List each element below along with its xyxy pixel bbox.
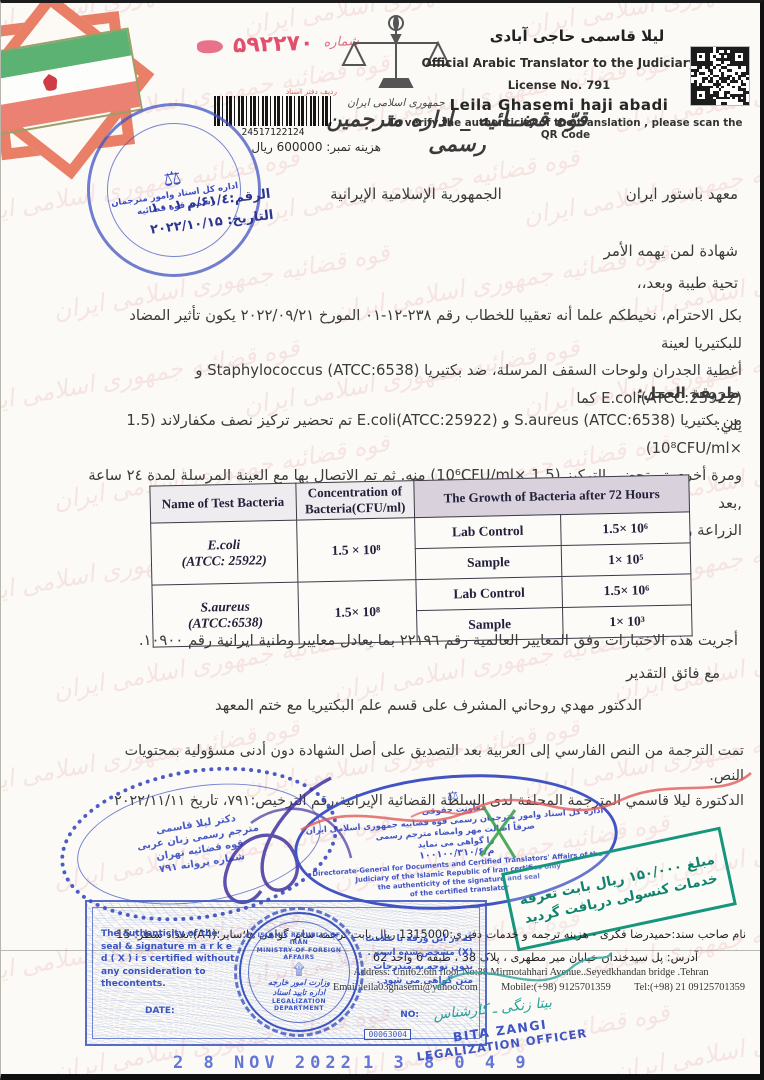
col-header-name: Name of Test Bacteria [150, 483, 296, 523]
growth-value: 1.5× 10⁶ [561, 574, 691, 608]
legalization-date-stamp: 2 8 NOV 2022 [173, 1053, 356, 1073]
red-ink-blob [197, 40, 223, 54]
letter-greeting: تحية طيبة وبعد،، [637, 274, 738, 292]
mfa-date-label: DATE: [145, 1006, 175, 1016]
translator-title: Official Arabic Translator to the Judici… [409, 56, 709, 70]
col-header-growth: The Growth of Bacteria after 72 Hours [414, 475, 690, 518]
body-line-1: بكل الاحترام، نحيطكم علما أنه تعقيبا للخ… [90, 302, 742, 357]
qr-verify-note: To verify the authenticity of the transl… [383, 117, 748, 141]
growth-value: 1.5× 10⁶ [560, 512, 690, 546]
round-stamp-center: ⚖ اداره كل اسناد وامور مترجمان رسمى قوه … [98, 114, 249, 265]
serial-number: ۵۹۲۲۷۰ [233, 31, 314, 59]
document-page: قوه قضائیه جمهوری اسلامی ایرانقوه قضائیه… [0, 0, 764, 1080]
mfa-fa-line: بدون توجه به مندرجات [355, 960, 473, 974]
mfa-round-seal: ISLAMIC REPUBLIC OF IRAN MINISTRY OF FOR… [239, 912, 359, 1032]
growth-label: Lab Control [416, 577, 562, 611]
seal-ring-mid: MINISTRY OF FOREIGN AFFAIRS [249, 947, 349, 961]
results-table: Name of Test Bacteria Concentration of B… [149, 474, 692, 647]
mfa-seal-center: ISLAMIC REPUBLIC OF IRAN MINISTRY OF FOR… [248, 921, 350, 1023]
mfa-persian-text: که در این ورقه با علامت (X) مشخص شده است… [355, 932, 473, 988]
translator-license: License No. 791 [409, 78, 709, 92]
country-name: الجمهورية الإسلامية الإيرانية [291, 185, 541, 203]
growth-label: Sample [415, 546, 561, 580]
translator-name-fa: ليلا قاسمى حاجى آبادى [471, 27, 683, 45]
mfa-english-text: The authenticity of the seal & signature… [101, 928, 237, 991]
scales-icon: ⚖ [162, 167, 183, 189]
col-header-concentration: Concentration of Bacteria(CFU/ml) [295, 481, 414, 520]
signatory-line: الدكتور مهدي روحاني المشرف على قسم علم ا… [215, 697, 642, 714]
seal-ring-top: ISLAMIC REPUBLIC OF IRAN [249, 932, 349, 946]
bacteria-atcc: (ATCC:6538) [157, 613, 294, 632]
letter-subject: شهادة لمن يهمه الأمر [604, 242, 738, 260]
iran-emblem-icon: ۩ [293, 962, 304, 977]
method-line-1: من بكتيريا S.aureus (ATCC:6538) و E.coli… [86, 407, 742, 462]
barcode-red-note: ردیف دفتر اسناد [217, 87, 337, 96]
qr-code [690, 46, 750, 106]
mfa-fa-line: که در این ورقه با علامت [355, 932, 473, 946]
mfa-fa-line: (X) مشخص شده است . [355, 946, 473, 960]
seal-fa-1: وزارت امور خارجه [268, 978, 330, 987]
bacteria-atcc: (ATCC: 25922) [156, 551, 293, 570]
mfa-no-label: NO: [400, 1010, 419, 1020]
barcode [214, 96, 332, 126]
growth-value: 1× 10⁵ [561, 543, 691, 577]
scales-icon: ⚖ [447, 789, 460, 803]
tel-text: Tel:(+98) 21 09125701359 [634, 982, 745, 993]
mfa-legalization-stamp: The authenticity of the seal & signature… [85, 900, 487, 1046]
bacteria-ecoli: E.coli (ATCC: 25922) [151, 520, 298, 585]
mobile-text: Mobile:(+98) 9125701359 [501, 982, 611, 993]
standards-note: أجريت هذه الاختبارات وفق المعايير العالم… [139, 632, 738, 649]
red-serial-stamp: شماره ۵۹۲۲۷۰ [129, 29, 360, 62]
method-title: طريقة العمل: [637, 384, 740, 402]
iran-emblem [41, 73, 59, 92]
growth-label: Lab Control [415, 515, 561, 549]
mfa-serial-box: 00063004 [364, 1029, 411, 1040]
translator-name-en: Leila Ghasemi haji abadi [409, 96, 709, 114]
seal-ring-bottom: LEGALIZATION DEPARTMENT [249, 998, 349, 1012]
letter-closing: مع فائق التقدير [626, 665, 720, 682]
seal-fa-2: اداره تایید اسناد [273, 988, 325, 997]
concentration-ecoli: 1.5 × 10⁸ [296, 518, 416, 582]
mfa-fa-line: متن گواهی می شود . [355, 974, 473, 988]
institute-name: معهد باستور ايران [626, 185, 738, 203]
